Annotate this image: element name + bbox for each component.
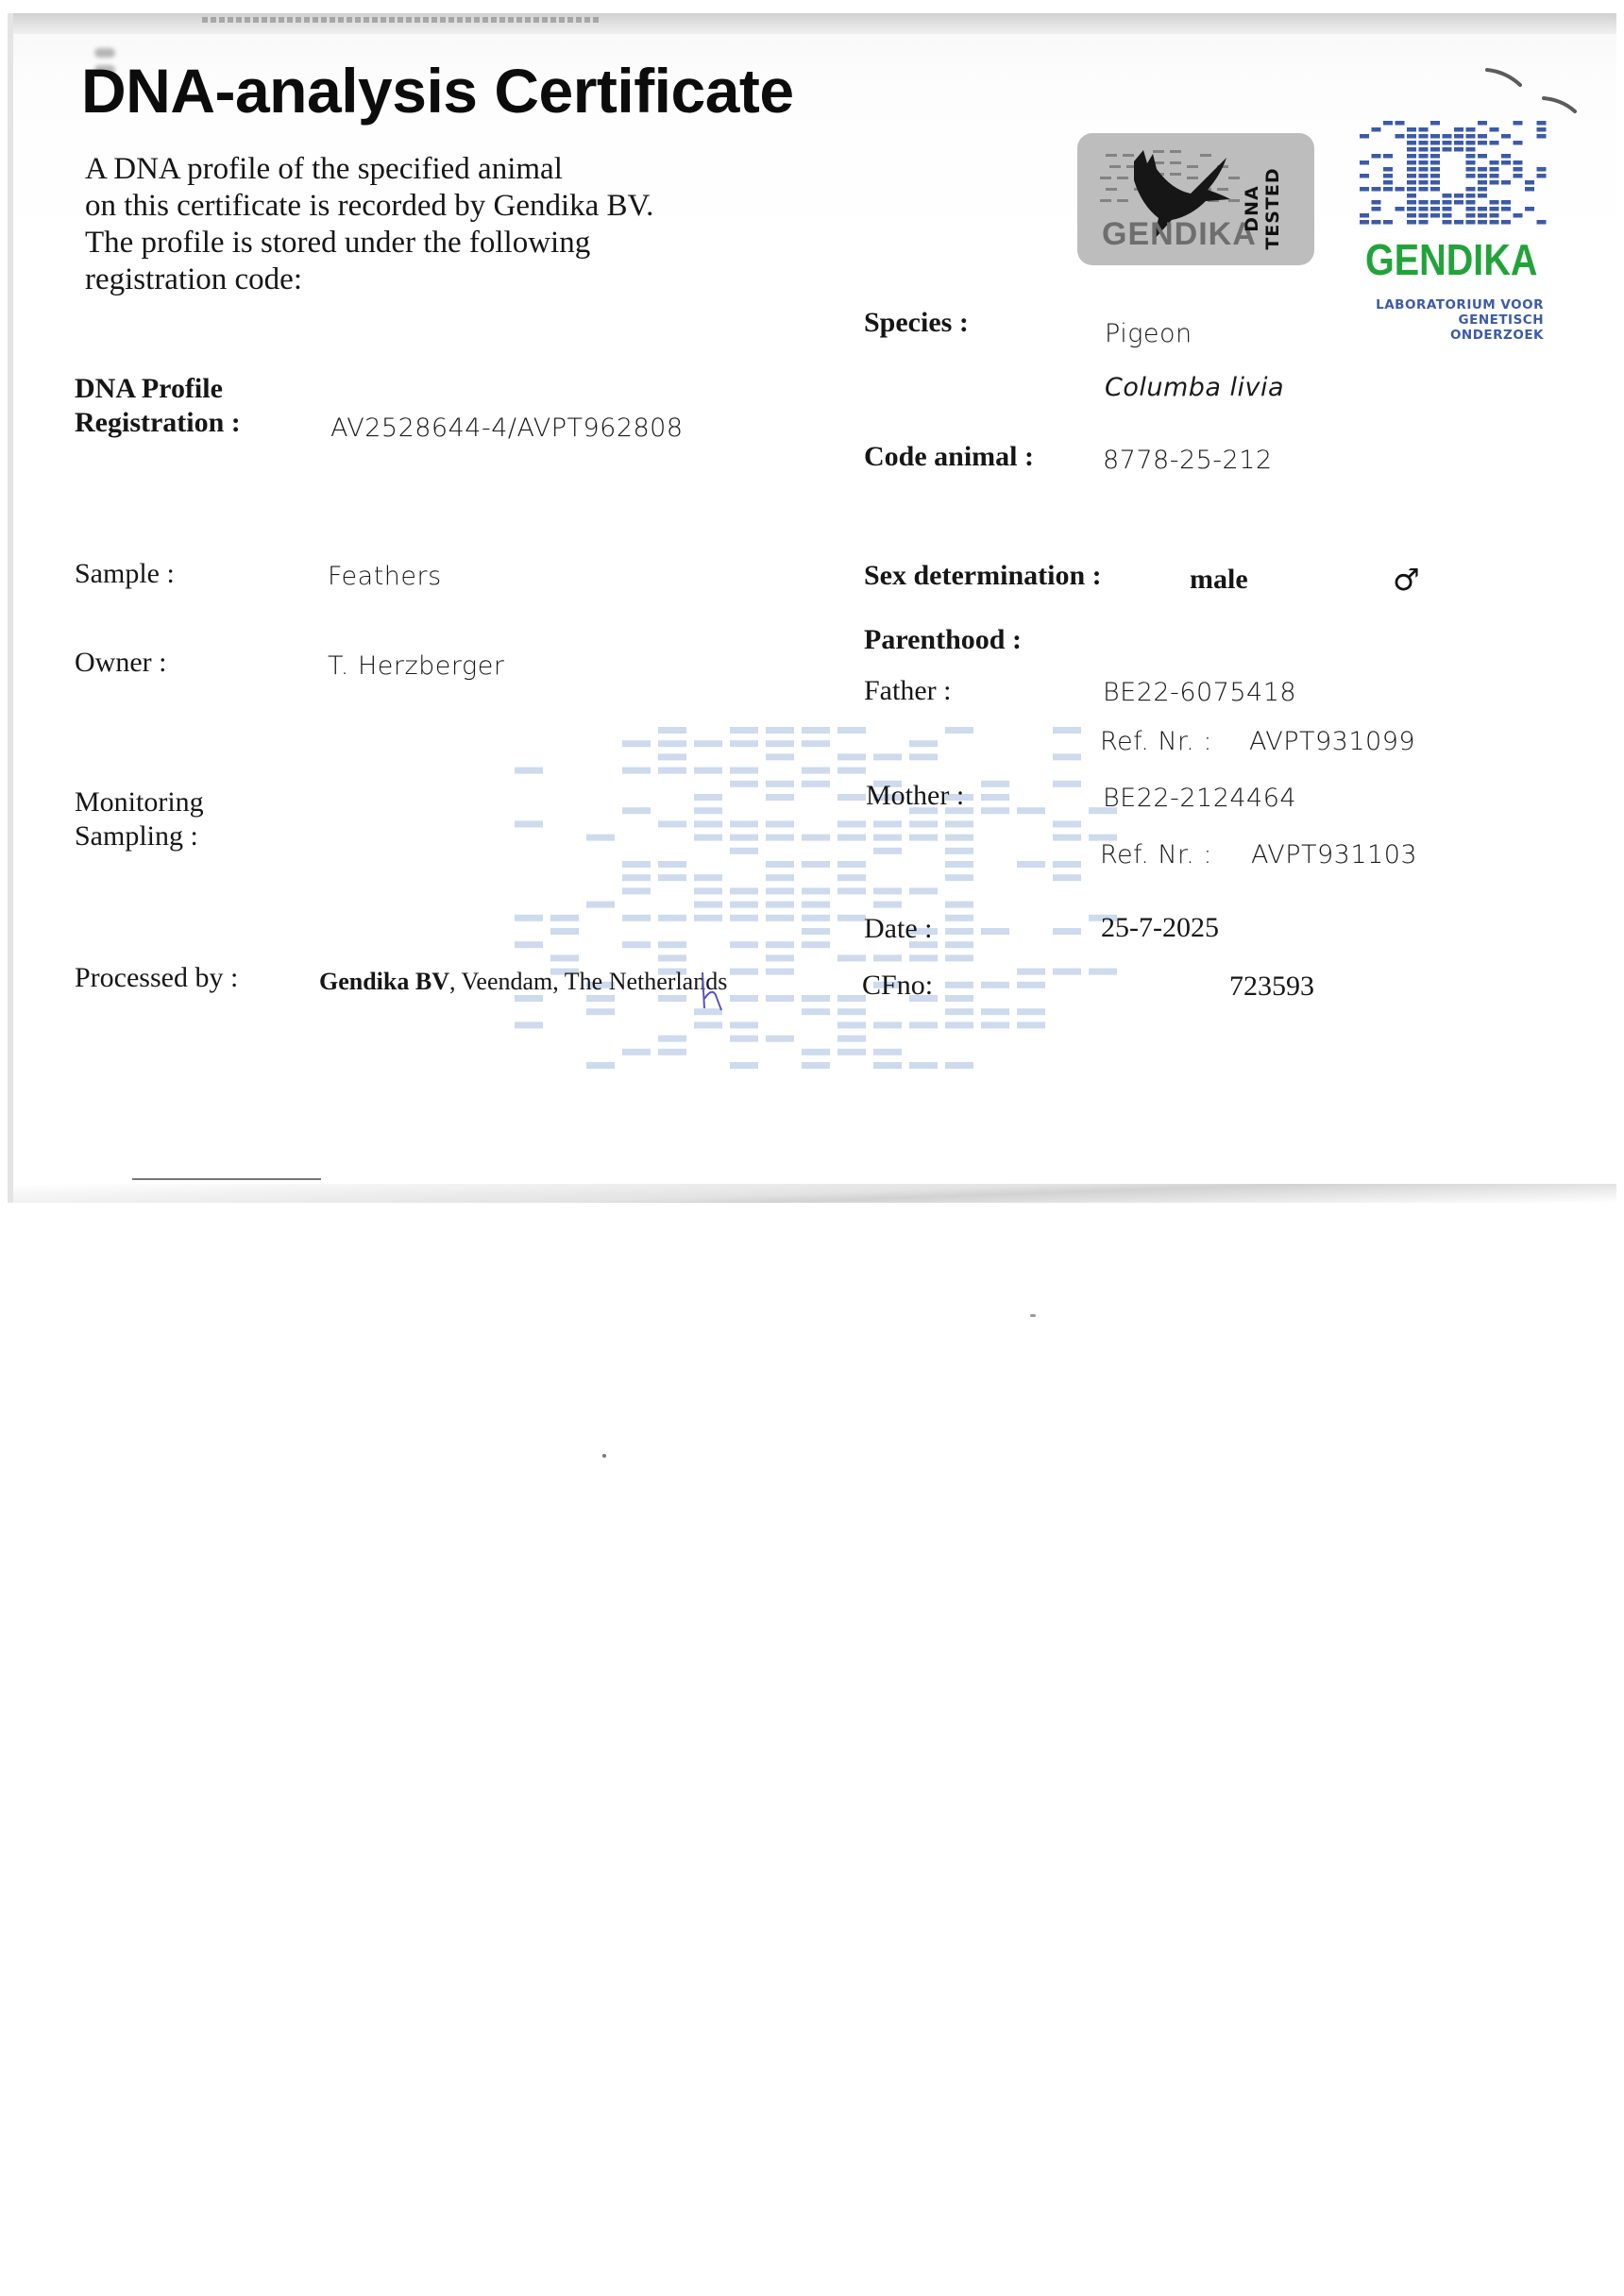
- intro-text: A DNA profile of the specified animal on…: [85, 151, 746, 298]
- monitoring-label-line: Sampling :: [75, 819, 204, 853]
- intro-line: registration code:: [85, 262, 746, 298]
- scan-bottom-edge: [13, 1184, 1616, 1203]
- intro-line: A DNA profile of the specified animal: [85, 151, 746, 188]
- registration-value: AV2528644-4/AVPT962808: [330, 414, 684, 443]
- code-animal-label: Code animal :: [864, 440, 1034, 474]
- cfno-label: CFno:: [862, 969, 933, 1003]
- mother-value: BE22-2124464: [1103, 784, 1296, 813]
- parenthood-label: Parenthood :: [864, 623, 1022, 657]
- code-animal-value: 8778-25-212: [1103, 446, 1273, 475]
- dna-bars-logo-icon: [1360, 121, 1548, 227]
- owner-label: Owner :: [75, 646, 166, 680]
- mother-label: Mother :: [866, 779, 964, 813]
- sex-value: male: [1190, 563, 1248, 597]
- processed-by-location: , Veendam, The Netherlands: [449, 968, 727, 995]
- dna-watermark-icon: [515, 727, 1119, 1076]
- father-value: BE22-6075418: [1103, 678, 1296, 707]
- processed-by-company: Gendika BV: [319, 968, 449, 995]
- intro-line: on this certificate is recorded by Gendi…: [85, 188, 746, 225]
- male-symbol-icon: ♂: [1393, 562, 1420, 598]
- intro-line: The profile is stored under the followin…: [85, 225, 746, 262]
- scan-speck: [602, 1454, 606, 1458]
- registration-label-line: DNA Profile: [75, 372, 241, 406]
- logo-subtitle-line: LABORATORIUM VOOR: [1370, 297, 1544, 312]
- owner-value: T. Herzberger: [328, 651, 504, 681]
- sample-label: Sample :: [75, 557, 175, 591]
- sticker-brand: GENDIKA: [1102, 216, 1257, 253]
- scan-speck: [1030, 1314, 1036, 1317]
- scan-artifact: [202, 17, 599, 23]
- mother-ref-label: Ref. Nr. :: [1100, 840, 1212, 869]
- date-label: Date :: [864, 912, 932, 946]
- father-ref-value: AVPT931099: [1249, 727, 1415, 756]
- processed-by-value: Gendika BV, Veendam, The Netherlands: [319, 965, 727, 999]
- cfno-value: 723593: [1229, 971, 1314, 1003]
- species-label: Species :: [864, 306, 969, 340]
- date-value: 25-7-2025: [1101, 912, 1219, 944]
- sex-label: Sex determination :: [864, 559, 1102, 593]
- registration-label-line: Registration :: [75, 406, 241, 440]
- sticker-dna-tested: DNA TESTED: [1242, 143, 1283, 265]
- dna-tested-sticker: GENDIKA DNA TESTED: [1077, 133, 1314, 265]
- species-common-name: Pigeon: [1105, 319, 1193, 348]
- scan-artifact-line: [132, 1178, 321, 1180]
- processed-by-label: Processed by :: [75, 961, 238, 995]
- monitoring-label-line: Monitoring: [75, 785, 204, 819]
- scan-mark-icon: [1482, 59, 1586, 115]
- sample-value: Feathers: [328, 562, 442, 591]
- mother-ref-value: AVPT931103: [1251, 840, 1417, 869]
- father-ref-label: Ref. Nr. :: [1100, 727, 1212, 756]
- registration-label: DNA Profile Registration :: [75, 372, 241, 440]
- signature-mark: [697, 971, 725, 1012]
- logo-name: GENDIKA: [1365, 234, 1537, 285]
- father-label: Father :: [864, 674, 951, 708]
- page-title: DNA-analysis Certificate: [81, 55, 794, 127]
- monitoring-label: Monitoring Sampling :: [75, 785, 204, 853]
- species-latin-name: Columba livia: [1105, 373, 1284, 402]
- logo-subtitle: LABORATORIUM VOOR GENETISCH ONDERZOEK: [1370, 297, 1544, 343]
- logo-subtitle-line: GENETISCH ONDERZOEK: [1370, 312, 1544, 343]
